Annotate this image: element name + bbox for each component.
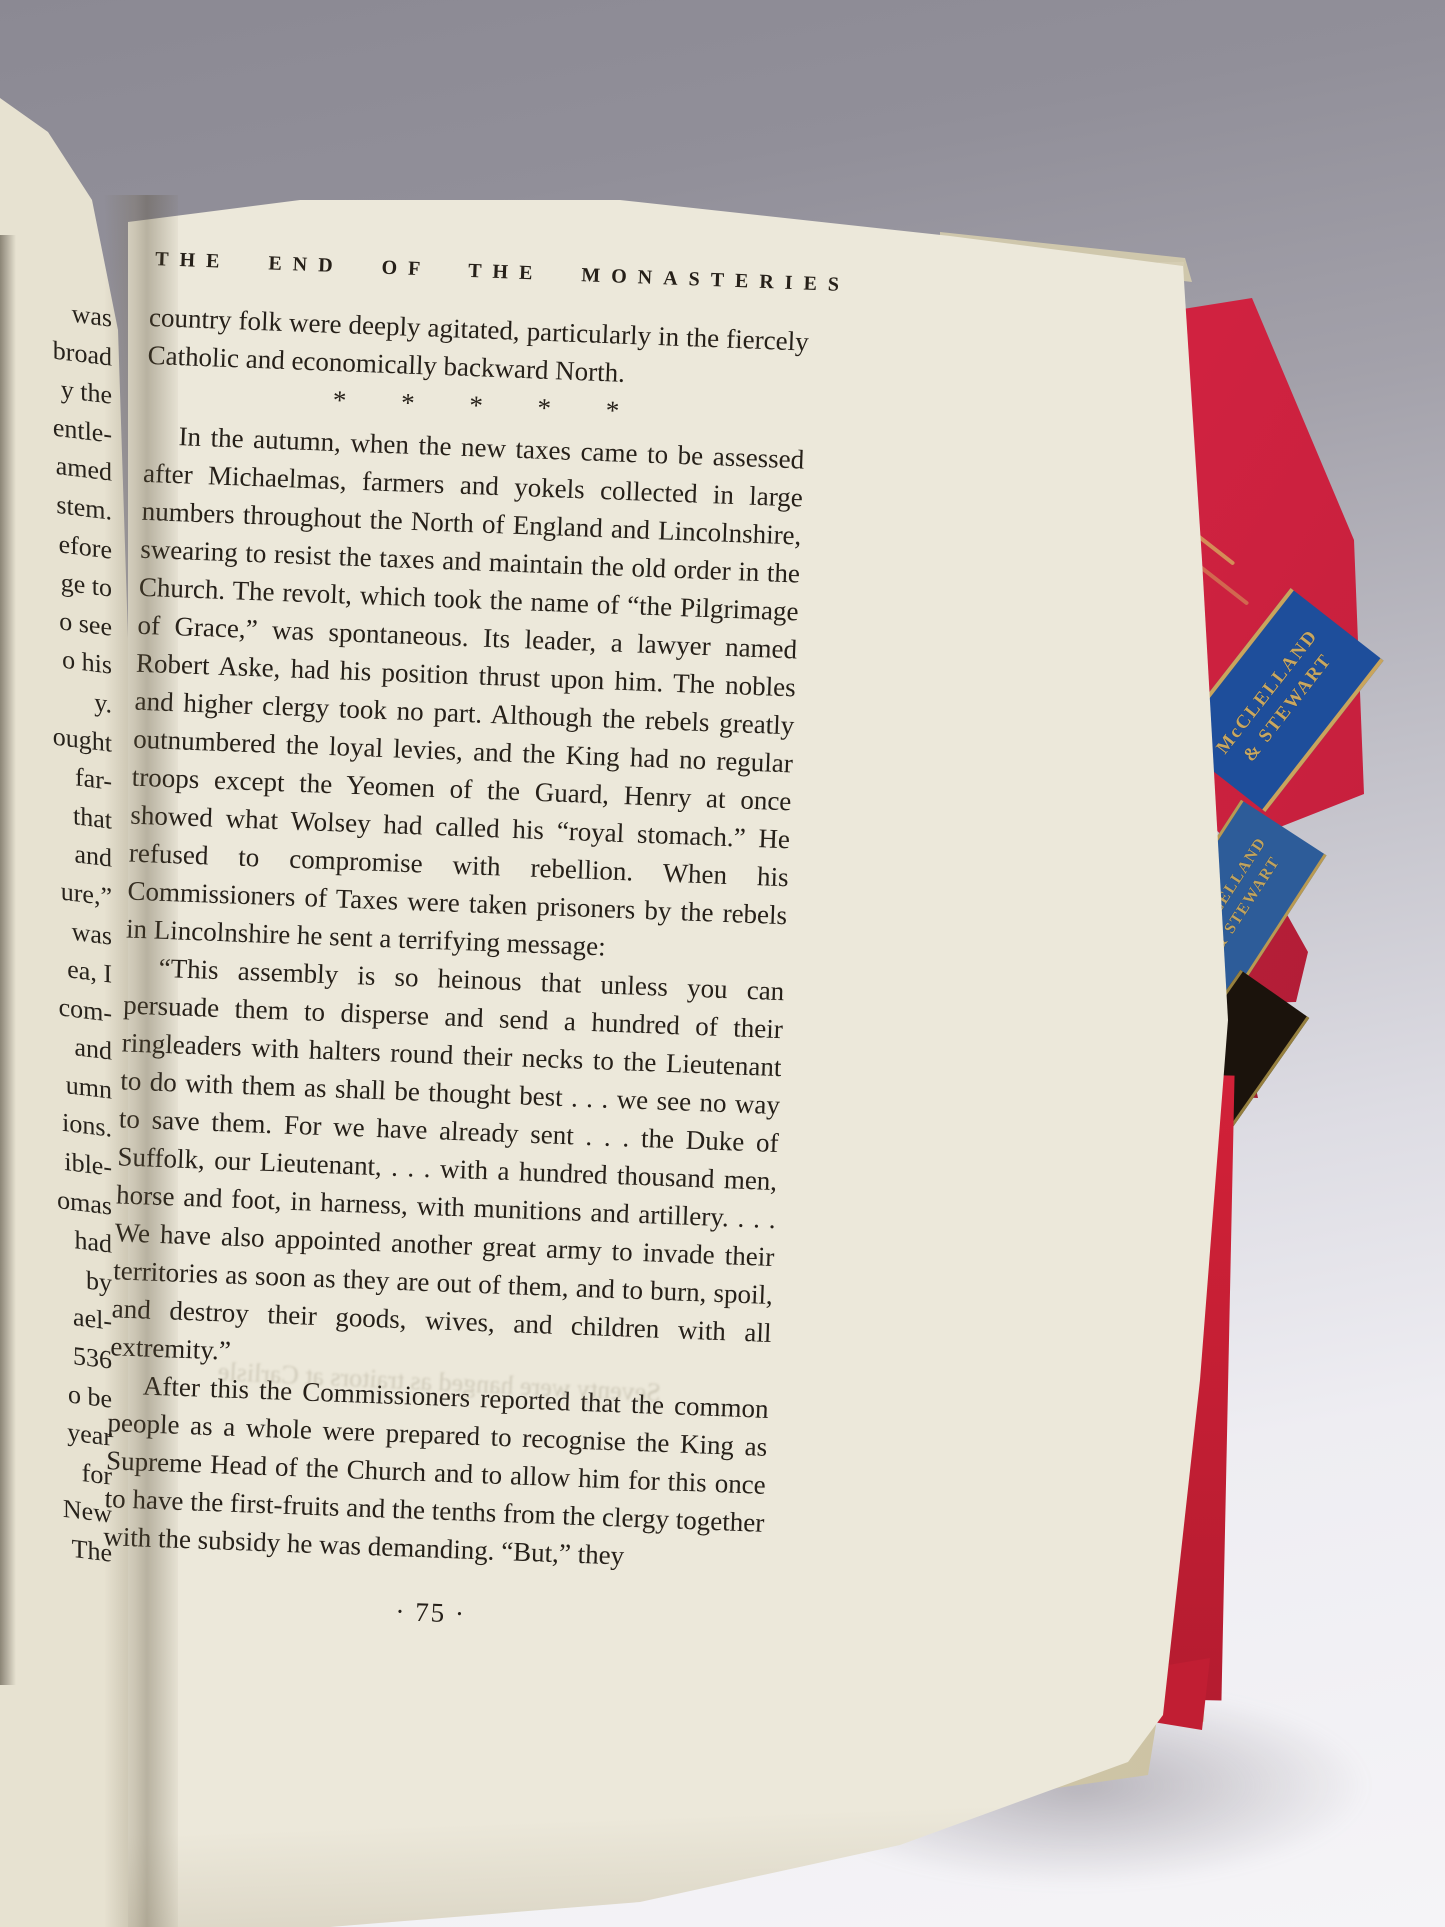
left-page-text-fragments: was broad y the entle- amed stem. efore …: [0, 286, 116, 1574]
page-text: THE END OF THE MONASTERIES country folk …: [100, 240, 811, 1644]
paragraph: In the autumn, when the new taxes came t…: [125, 416, 804, 972]
photo-scene: McCLELLAND & STEWART McCLELLAND & STEWAR…: [0, 0, 1445, 1927]
paragraph: “This assembly is so heinous that unless…: [110, 948, 785, 1390]
paragraph: After this the Commissioners reported th…: [103, 1365, 770, 1580]
